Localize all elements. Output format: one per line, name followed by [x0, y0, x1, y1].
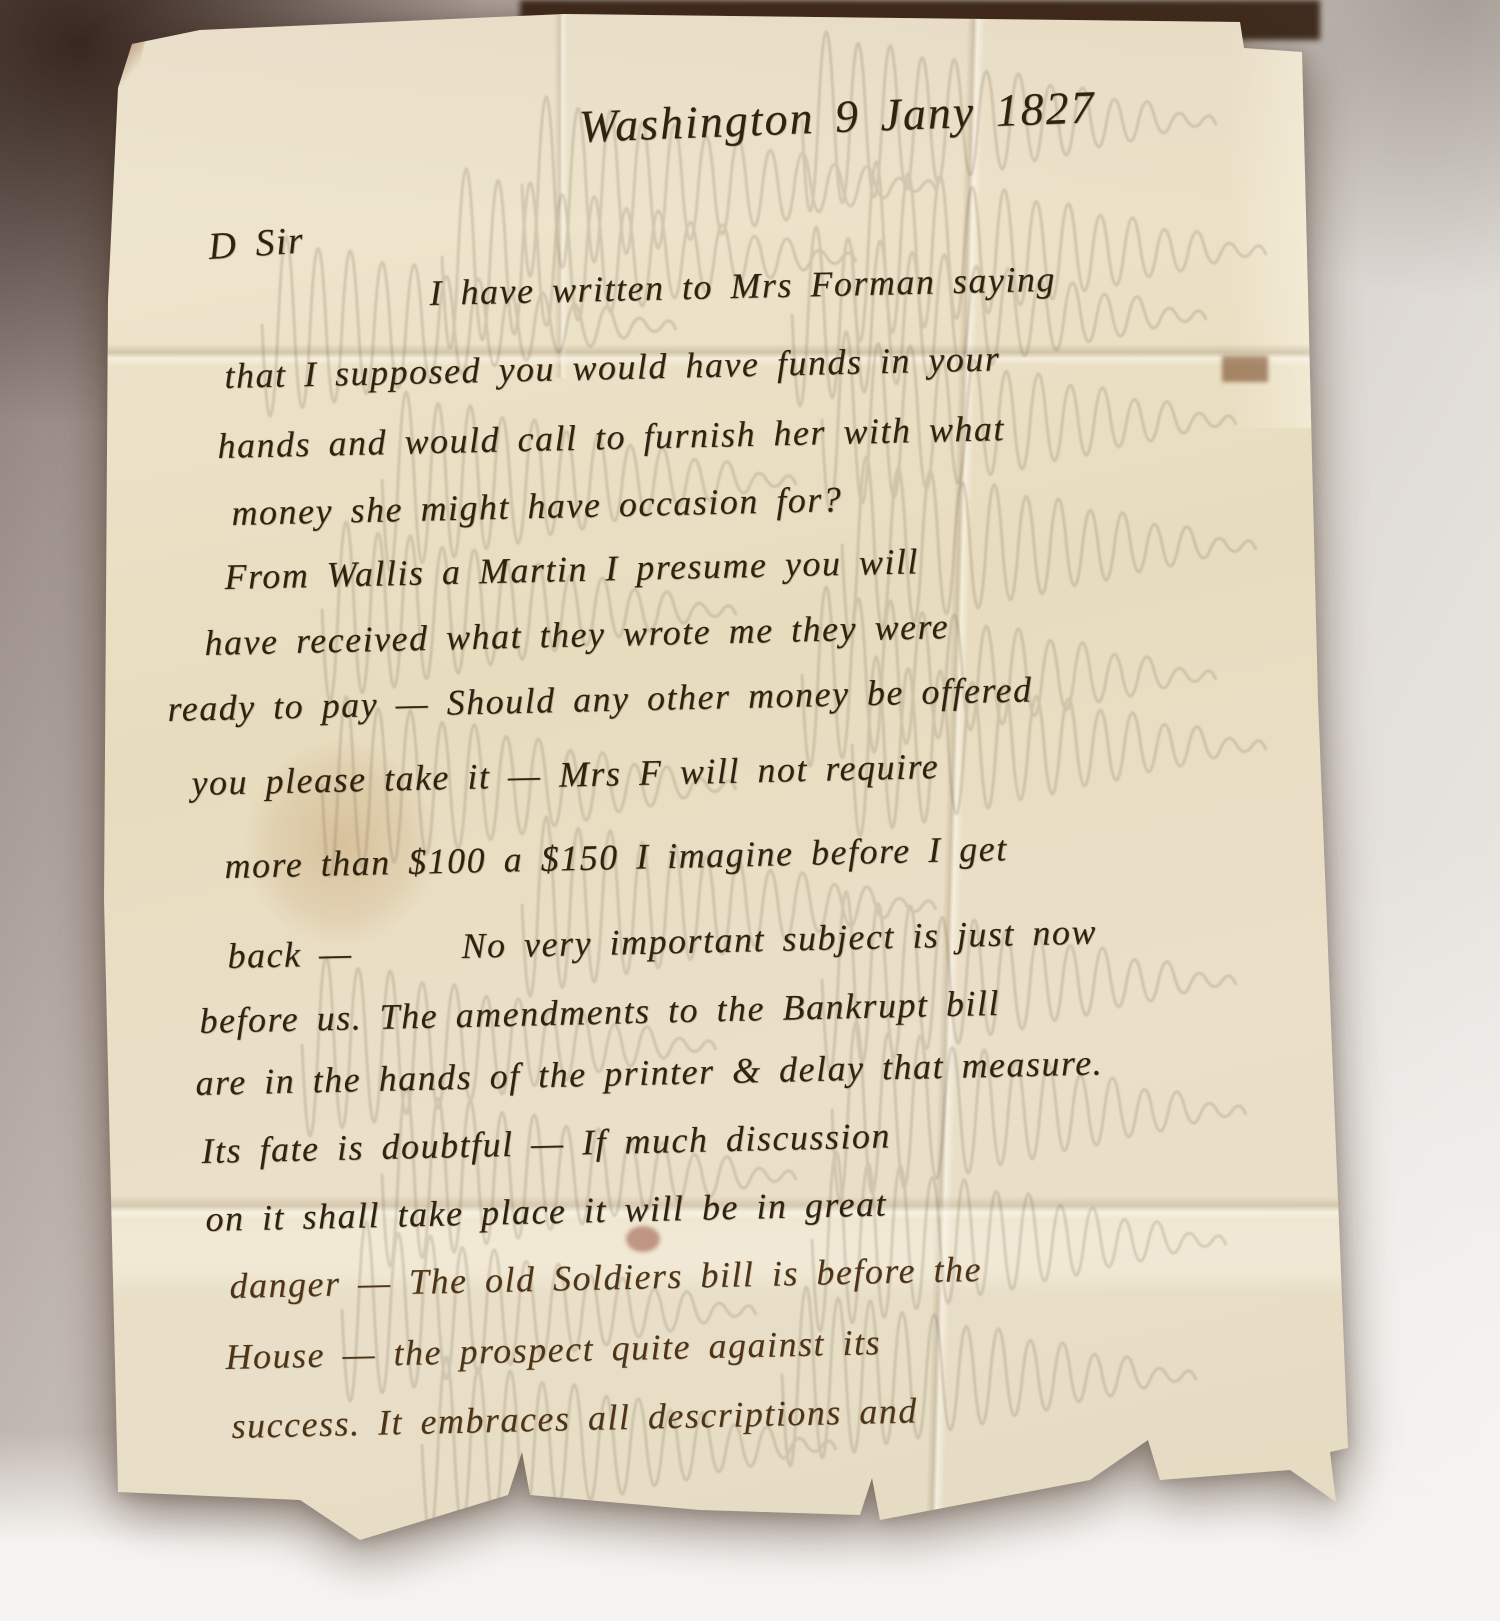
letter-paper: Washington 9 Jany 1827 D Sir I have writ…: [96, 8, 1356, 1564]
letter-line: back —: [227, 932, 353, 977]
letter-salutation: D Sir: [207, 218, 306, 269]
paper-sheet: Washington 9 Jany 1827 D Sir I have writ…: [96, 8, 1356, 1564]
photo-scene: Washington 9 Jany 1827 D Sir I have writ…: [0, 0, 1500, 1621]
